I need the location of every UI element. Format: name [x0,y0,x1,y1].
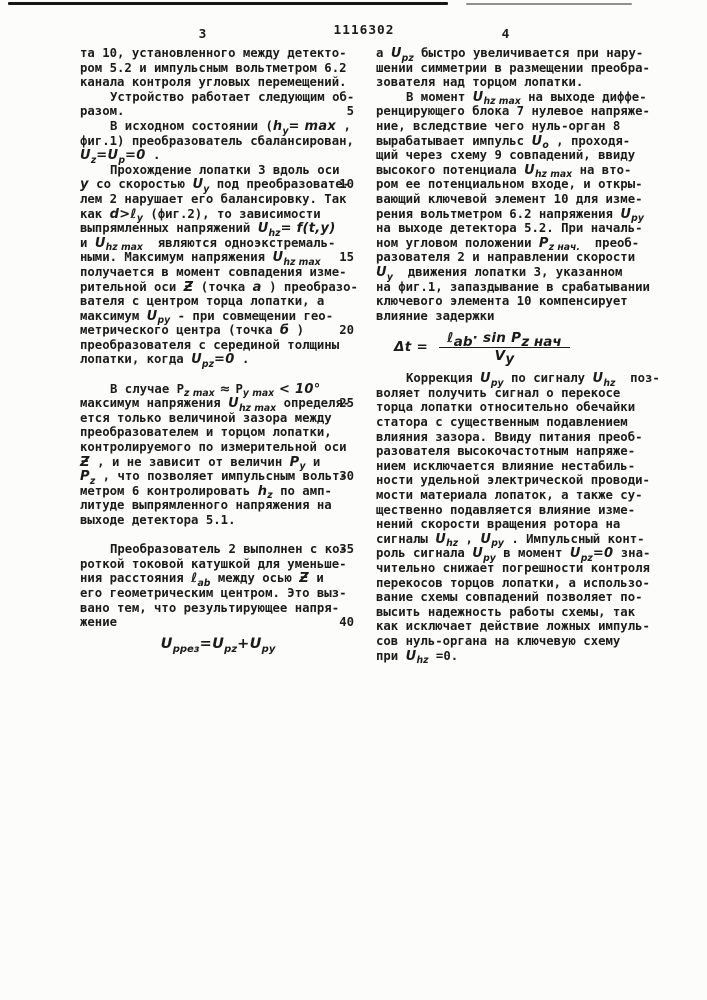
typed-text: шении симметрии в размещении преобра- [376,61,650,75]
typed-text: канала контроля угловых перемещений. [80,75,347,89]
text-line: максимум Uрy - при совмещении гео- [80,309,356,324]
typed-text: ном угловом положении [376,236,539,250]
handwritten-symbol: =0 [593,546,614,561]
typed-text: торца лопатки относительно обечайки [376,400,635,414]
typed-text: и [306,455,321,469]
typed-text: преобразователя с серединой толщины [80,338,339,352]
typed-text: , проходя- [549,134,630,148]
line-number: 40 [328,615,354,630]
typed-text: на выходе диффе- [521,90,647,104]
text-line: его геометрическим центром. Это выз- [80,586,356,601]
handwritten-symbol: hz [416,655,428,666]
text-line: метром 6 контролировать hz по амп- [80,484,356,499]
handwritten-symbol: P [80,469,90,484]
handwritten-symbol: z [91,155,96,166]
typed-text: роткой токовой катушкой для уменьше- [80,557,347,571]
typed-text: выходе детектора 5.1. [80,513,235,527]
text-line: при Uhz =0. [376,649,660,664]
typed-text: по сигналу [504,371,593,385]
text-line: шении симметрии в размещении преобра- [376,61,660,76]
text-line: та 10, установленного между детекто- [80,46,356,61]
text-line: ние, вследствие чего нуль-орган 8 [376,119,660,134]
handwritten-symbol: V [495,348,506,364]
handwritten-symbol: рy [158,315,171,326]
handwritten-symbol: hz max [535,169,572,180]
typed-text: при [376,649,406,663]
typed-text: быстро увеличивается при нару- [414,46,644,60]
typed-text: ) преобразо- [262,280,358,294]
handwritten-symbol: рy [483,553,496,564]
text-line: ключевого элемента 10 компенсирует [376,294,660,309]
handwritten-symbol: hz [269,228,281,239]
typed-text: вателя с центром торца лопатки, а [80,294,324,308]
handwritten-symbol: y [387,272,393,283]
handwritten-symbol: ℓ [447,330,454,346]
text-line: чительно снижает погрешности контроля [376,561,660,576]
typed-text: вано тем, что результирующее напря- [80,601,339,615]
typed-text: Коррекция [406,371,480,385]
handwritten-symbol: рy [262,644,276,655]
text-line: зователя над торцом лопатки. [376,75,660,90]
handwritten-symbol: y [505,351,514,367]
text-line: Ƶ , и не зависит от величин Py и [80,455,356,470]
handwritten-symbol: =U [200,636,225,652]
fraction: ℓab· sin Pz начVy [439,331,570,363]
handwritten-symbol: б [280,323,289,338]
typed-text: высить надежность работы схемы, так [376,605,635,619]
handwritten-symbol: U [161,636,173,652]
typed-text: - при совмещении гео- [170,309,333,323]
handwritten-symbol: U [147,309,158,324]
typed-text: перекосов торцов лопатки, а использо- [376,576,650,590]
typed-text: В момент [406,90,473,104]
typed-text: P [177,382,184,396]
text-line: преобразователем и торцом лопатки, [80,425,356,440]
typed-text: вание схемы совпадений позволяет по- [376,590,643,604]
scan-edge-artifact [8,2,448,5]
handwritten-symbol: Ƶ [184,280,194,295]
typed-text: статора с существенным подавлением [376,415,628,429]
typed-text: та 10, установленного между детекто- [80,46,347,60]
handwritten-symbol: ab [454,334,473,350]
typed-text: ния расстояния [80,571,191,585]
handwritten-symbol: y [299,461,305,472]
text-line: Устройство работает следующим об- [80,90,356,105]
text-line: Преобразователь 2 выполнен с ко- [80,542,356,557]
text-line: фиг.1) преобразователь сбалансирован, [80,134,356,149]
typed-text: P [236,382,243,396]
text-line: на фиг.1, запаздывание в срабатывании [376,280,660,295]
text-line: преобразователя с серединой толщины [80,338,356,353]
handwritten-symbol: P [290,455,300,470]
typed-text: разователя высокочастотным напряже- [376,444,635,458]
text-line: влияние задержки [376,309,660,324]
typed-text: как исключает действие ложных импуль- [376,619,650,633]
handwritten-symbol: =0 [125,148,146,163]
line-number: 35 [328,542,354,557]
text-line: ром 5.2 и импульсным вольтметром 6.2 [80,61,356,76]
text-line: перекосов торцов лопатки, а использо- [376,576,660,591]
handwritten-symbol: U [472,546,483,561]
text-line: разователя 2 и направлении скорости [376,250,660,265]
formula: Uррез=Uрz+Uрy [80,637,356,663]
fraction-numerator: ℓab· sin Pz нач [439,331,570,348]
handwritten-symbol: h [273,119,283,134]
text-line: вание схемы совпадений позволяет по- [376,590,660,605]
typed-text: являются одноэкстремаль- [143,236,336,250]
typed-text: . [235,352,250,366]
handwritten-symbol: =U [96,148,118,163]
line-number: 25 [328,396,354,411]
text-line: нений скорости вращения ротора на [376,517,660,532]
typed-text: жение [80,615,117,629]
handwritten-symbol: рz [202,359,214,370]
typed-text: Устройство работает следующим об- [110,90,354,104]
handwritten-symbol: y [282,126,288,137]
typed-text: ности удельной электрической проводи- [376,473,650,487]
text-line: влияния зазора. Ввиду питания преоб- [376,430,660,445]
typed-text: влияние задержки [376,309,494,323]
line-number: 10 [328,177,354,192]
text-line: ром ее потенциальном входе, и откры- [376,177,660,192]
handwritten-symbol: U [531,134,542,149]
typed-text: в момент [496,546,570,560]
text-line: нием исключается влияние нестабиль- [376,459,660,474]
text-line: щий через схему 9 совпадений, ввиду [376,148,660,163]
handwritten-symbol: рz [224,644,237,655]
text-line: сов нуль-органа на ключевую схему [376,634,660,649]
handwritten-symbol: рy [491,378,504,389]
typed-text: вырабатывает импульс [376,134,531,148]
handwritten-symbol: U [435,532,446,547]
text-line: разом. [80,104,356,119]
line-number: 5 [328,104,354,119]
handwritten-symbol: U [480,532,491,547]
typed-text: между осью [210,571,299,585]
typed-text: его геометрическим центром. Это выз- [80,586,347,600]
handwritten-symbol: U [258,221,269,236]
handwritten-symbol: z max [184,388,215,399]
handwritten-symbol: · sin P [473,330,522,346]
typed-text: выпрямленных напряжений [80,221,258,235]
handwritten-symbol: Ƶ [299,571,309,586]
handwritten-symbol: hz [446,538,458,549]
typed-text: , [336,119,351,133]
handwritten-symbol: U [192,177,203,192]
typed-text: метром 6 контролировать [80,484,258,498]
text-line: В исходном состоянии (hy= max , [80,119,356,134]
typed-text: ние, вследствие чего нуль-орган 8 [376,119,620,133]
handwritten-symbol: рy [631,213,644,224]
text-line: статора с существенным подавлением [376,415,660,430]
typed-text: нием исключается влияние нестабиль- [376,459,635,473]
handwritten-symbol: < 10° [274,382,320,397]
text-line: щественно подавляется влияние изме- [376,503,660,518]
typed-text: =0. [429,649,459,663]
left-column: та 10, установленного между детекто-ром … [80,46,356,663]
typed-text: В исходном состоянии ( [110,119,273,133]
handwritten-symbol: ррез [173,644,200,655]
handwritten-symbol: = max [289,119,337,134]
handwritten-symbol: U [480,371,491,386]
text-line: вано тем, что результирующее напря- [80,601,356,616]
handwritten-symbol: hz max [484,96,521,107]
typed-text: нений скорости вращения ротора на [376,517,620,531]
text-line: торца лопатки относительно обечайки [376,400,660,415]
text-line: максимум напряжения Uhz max определя- [80,396,356,411]
typed-text: контролируемого по измерительной оси [80,440,347,454]
typed-text: разователя 2 и направлении скорости [376,250,635,264]
text-line: контролируемого по измерительной оси [80,440,356,455]
handwritten-symbol: рy [491,538,504,549]
text-line: y со скоростью Uy под преобразовате- [80,177,356,192]
typed-text: рения вольтметром 6.2 напряжения [376,207,620,221]
handwritten-symbol: z [90,476,95,487]
handwritten-symbol: Δt = [394,339,433,355]
typed-text: рительной оси [80,280,184,294]
handwritten-symbol: U [524,163,535,178]
fraction-denominator: Vy [439,348,570,364]
handwritten-symbol: ℓ [191,571,197,586]
handwritten-symbol: y [80,177,89,192]
text-line: жение [80,615,356,630]
right-column: а Uрz быстро увеличивается при нару-шени… [376,46,660,663]
text-line: роль сигнала Uрy в момент Uрz=0 зна- [376,546,660,561]
handwritten-symbol: U [273,250,284,265]
handwritten-symbol: z нач [521,334,561,350]
page-number-left: 3 [188,27,218,42]
handwritten-symbol: h [258,484,268,499]
typed-text: ром 5.2 и импульсным вольтметром 6.2 [80,61,347,75]
typed-text: как [80,207,110,221]
typed-text: метрического центра (точка [80,323,280,337]
handwritten-symbol: ≈ [215,382,236,397]
handwritten-symbol: hz max [283,257,320,268]
line-number: 30 [328,469,354,484]
handwritten-symbol: y [137,213,143,224]
text-line: высить надежность работы схемы, так [376,605,660,620]
typed-text: (фиг.2), то зависимости [143,207,321,221]
text-line: вырабатывает импульс Uо , проходя- [376,134,660,149]
text-line: В момент Uhz max на выходе диффе- [376,90,660,105]
typed-text: преоб- [580,236,639,250]
typed-text: лопатки, когда [80,352,191,366]
typed-text: , [458,532,480,546]
typed-text: а [376,46,391,60]
handwritten-symbol: d>ℓ [110,207,137,222]
handwritten-symbol: U [592,371,603,386]
typed-text: мости материала лопаток, а также су- [376,488,643,502]
typed-text: , и не зависит от величин [90,455,290,469]
text-line: выпрямленных напряжений Uhz= f(t,y) [80,221,356,236]
handwritten-symbol: Ƶ [80,455,90,470]
patent-page: 3 1116302 4 та 10, установленного между … [0,0,707,1000]
typed-text: ) [289,323,304,337]
typed-text: и [80,236,95,250]
text-line: ется только величиной зазора между [80,411,356,426]
handwritten-symbol: =0 [214,352,235,367]
handwritten-symbol: о [542,140,548,151]
handwritten-symbol: +U [237,636,262,652]
typed-text: вающий ключевой элемент 10 для изме- [376,192,643,206]
typed-text: движения лопатки 3, указанном [393,265,623,279]
typed-text: чительно снижает погрешности контроля [376,561,650,575]
typed-text: . Импульсный конт- [504,532,645,546]
text-line: сигналы Uhz , Uрy . Импульсный конт- [376,532,660,547]
text-line: рительной оси Ƶ (точка a ) преобразо- [80,280,356,295]
handwritten-symbol: y [203,184,209,195]
typed-text: Прохождение лопатки 3 вдоль оси [110,163,340,177]
typed-text: и [309,571,324,585]
handwritten-symbol: U [95,236,106,251]
typed-text: высокого потенциала [376,163,524,177]
text-line: Uy движения лопатки 3, указанном [376,265,660,280]
text-line: лопатки, когда Uрz=0 . [80,352,356,367]
typed-text: на фиг.1, запаздывание в срабатывании [376,280,650,294]
typed-text: щий через схему 9 совпадений, ввиду [376,148,635,162]
text-line: мости материала лопаток, а также су- [376,488,660,503]
text-line: как исключает действие ложных импуль- [376,619,660,634]
handwritten-symbol: U [570,546,581,561]
text-line: разователя высокочастотным напряже- [376,444,660,459]
blank-line [80,367,356,382]
handwritten-symbol: U [228,396,239,411]
text-line: воляет получить сигнал о перекосе [376,386,660,401]
typed-text: влияния зазора. Ввиду питания преоб- [376,430,643,444]
handwritten-symbol: U [406,649,417,664]
handwritten-symbol: ab [198,578,211,589]
typed-text: на выходе детектора 5.2. При началь- [376,221,643,235]
text-line: на выходе детектора 5.2. При началь- [376,221,660,236]
typed-text: ром ее потенциальном входе, и откры- [376,177,643,191]
typed-text: зователя над торцом лопатки. [376,75,583,89]
handwritten-symbol: U [391,46,402,61]
text-line: метрического центра (точка б ) [80,323,356,338]
text-line: ния расстояния ℓab между осью Ƶ и [80,571,356,586]
scan-edge-artifact [466,3,632,5]
typed-text: максимум [80,309,147,323]
typed-text: фиг.1) преобразователь сбалансирован, [80,134,354,148]
line-number: 20 [328,323,354,338]
typed-text: . [146,148,161,162]
text-line: ности удельной электрической проводи- [376,473,660,488]
handwritten-symbol: hz max [106,242,143,253]
typed-text: лем 2 нарушает его балансировку. Так [80,192,347,206]
text-line: Uz=Uр=0 . [80,148,356,163]
handwritten-symbol: hz [603,378,615,389]
typed-text: преобразователем и торцом лопатки, [80,425,332,439]
handwritten-symbol: = f(t,y) [281,221,336,236]
typed-text: литуде выпрямленного напряжения на [80,498,332,512]
typed-text: со скоростью [89,177,193,191]
typed-text: разом. [80,104,124,118]
text-line: выходе детектора 5.1. [80,513,356,528]
text-line: а Uрz быстро увеличивается при нару- [376,46,660,61]
text-line: ном угловом положении Pz нач. преоб- [376,236,660,251]
formula-lhs: Δt = [394,340,433,355]
typed-text: поз- [615,371,659,385]
typed-text: ется только величиной зазора между [80,411,332,425]
handwritten-symbol: р [118,155,125,166]
typed-text: В случае [110,382,177,396]
formula-fraction: Δt = ℓab· sin Pz начVy [394,325,660,369]
text-line: канала контроля угловых перемещений. [80,75,356,90]
typed-text: сигналы [376,532,435,546]
handwritten-symbol: a [253,280,262,295]
typed-text: , что позволяет импульсным вольт- [95,469,347,483]
typed-text: щественно подавляется влияние изме- [376,503,635,517]
handwritten-symbol: U [620,207,631,222]
text-line: Коррекция Uрy по сигналу Uhz поз- [376,371,660,386]
handwritten-symbol: y max [243,388,274,399]
handwritten-symbol: hz max [239,403,276,414]
handwritten-symbol: U [80,148,91,163]
handwritten-symbol: U [473,90,484,105]
typed-text: сов нуль-органа на ключевую схему [376,634,620,648]
handwritten-symbol: рz [581,553,593,564]
typed-text: по амп- [273,484,332,498]
text-line: вателя с центром торца лопатки, а [80,294,356,309]
line-number: 15 [328,250,354,265]
text-line: Pz , что позволяет импульсным вольт- [80,469,356,484]
blank-line [80,528,356,543]
handwritten-symbol: z нач. [549,242,580,253]
text-line: лем 2 нарушает его балансировку. Так [80,192,356,207]
text-line: и Uhz max являются одноэкстремаль- [80,236,356,251]
handwritten-symbol: P [539,236,549,251]
text-line: вающий ключевой элемент 10 для изме- [376,192,660,207]
text-line: как d>ℓy (фиг.2), то зависимости [80,207,356,222]
typed-text: (точка [193,280,252,294]
typed-text: на вто- [572,163,631,177]
typed-text: зна- [613,546,650,560]
typed-text: ключевого элемента 10 компенсирует [376,294,628,308]
text-line: В случае Pz max ≈ Py max < 10° [80,382,356,397]
page-number-right: 4 [491,27,521,42]
handwritten-symbol: z [267,490,272,501]
typed-text: Преобразователь 2 выполнен с ко- [110,542,347,556]
handwritten-symbol: U [376,265,387,280]
handwritten-symbol: U [191,352,202,367]
text-line: рения вольтметром 6.2 напряжения Uрy [376,207,660,222]
text-line: литуде выпрямленного напряжения на [80,498,356,513]
text-line: высокого потенциала Uhz max на вто- [376,163,660,178]
document-number: 1116302 [302,23,426,38]
text-line: роткой токовой катушкой для уменьше- [80,557,356,572]
handwritten-symbol: рz [402,53,414,64]
